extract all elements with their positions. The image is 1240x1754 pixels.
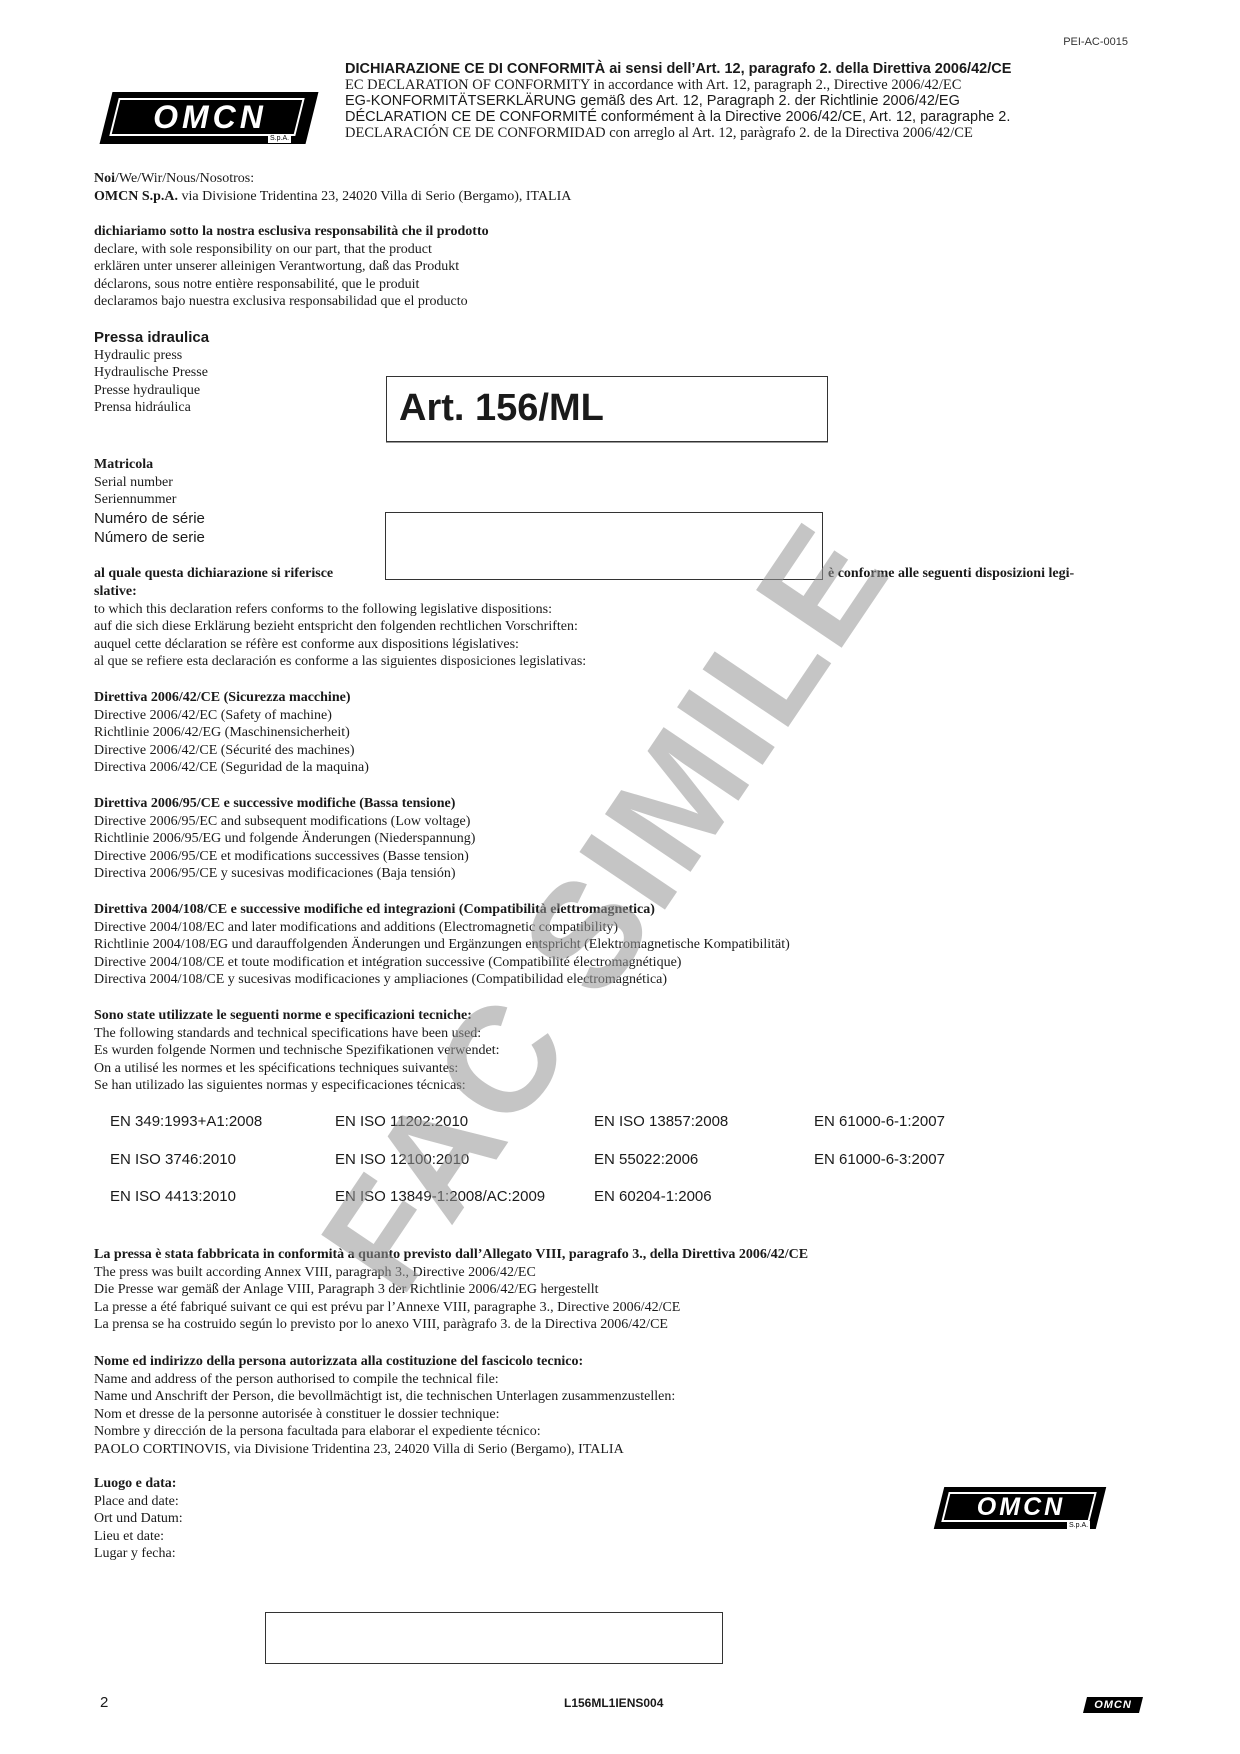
annex-line: Die Presse war gemäß der Anlage VIII, Pa… [94, 1281, 808, 1299]
authorised-person-section: Nome ed indirizzo della persona autorizz… [94, 1353, 675, 1459]
serial-title: Matricola [94, 456, 205, 474]
company-address: via Divisione Tridentina 23, 24020 Villa… [178, 189, 571, 204]
place-date-line: Ort und Datum: [94, 1510, 183, 1528]
serial-section: Matricola Serial number Seriennummer Num… [94, 456, 205, 547]
standard-item: EN ISO 12100:2010 [335, 1151, 469, 1168]
annex-title: La pressa è stata fabbricata in conformi… [94, 1246, 808, 1264]
omcn-logo-footer: OMCN [1083, 1697, 1141, 1713]
we-section: Noi/We/Wir/Nous/Nosotros: OMCN S.p.A. vi… [94, 170, 571, 205]
serial-number-field[interactable] [385, 512, 823, 580]
directive-line: Directive 2006/42/CE (Sécurité des machi… [94, 742, 369, 760]
product-title: Pressa idraulica [94, 329, 209, 347]
header-line-de: EG-KONFORMITÄTSERKLÄRUNG gemäß des Art. … [345, 93, 1145, 109]
refers-line: to which this declaration refers conform… [94, 601, 586, 619]
product-line: Prensa hidráulica [94, 399, 209, 417]
standards-intro-line: The following standards and technical sp… [94, 1025, 499, 1043]
header-line-en: EC DECLARATION OF CONFORMITY in accordan… [345, 77, 1145, 93]
annex-section: La pressa è stata fabbricata in conformi… [94, 1246, 808, 1334]
serial-line: Serial number [94, 474, 205, 492]
standards-row: EN 349:1993+A1:2008 EN ISO 11202:2010 EN… [110, 1113, 990, 1151]
serial-line: Seriennummer [94, 491, 205, 509]
logo-text: OMCN [153, 99, 267, 136]
signature-field[interactable] [265, 1612, 723, 1664]
declare-line: erklären unter unserer alleinigen Verant… [94, 258, 489, 276]
declare-line: declaramos bajo nuestra exclusiva respon… [94, 293, 489, 311]
omcn-logo-stamp: OMCN S.p.A. [935, 1487, 1105, 1529]
directive-low-voltage: Direttiva 2006/95/CE e successive modifi… [94, 795, 475, 883]
place-date-line: Place and date: [94, 1493, 183, 1511]
standard-item: EN ISO 13857:2008 [594, 1113, 728, 1130]
standards-title: Sono state utilizzate le seguenti norme … [94, 1007, 499, 1025]
product-section: Pressa idraulica Hydraulic press Hydraul… [94, 329, 209, 417]
header-line-es: DECLARACIÓN CE DE CONFORMIDAD con arregl… [345, 125, 1145, 141]
standards-intro: Sono state utilizzate le seguenti norme … [94, 1007, 499, 1095]
place-date-section: Luogo e data: Place and date: Ort und Da… [94, 1475, 183, 1563]
place-date-line: Lugar y fecha: [94, 1545, 183, 1563]
refers-line: auquel cette déclaration se réfère est c… [94, 636, 586, 654]
refers-prefix: al quale questa dichiarazione si riferis… [94, 566, 333, 582]
refers-section: slative: to which this declaration refer… [94, 583, 586, 671]
authorised-line: Name and address of the person authorise… [94, 1371, 675, 1389]
we-label-bold: Noi [94, 171, 115, 186]
standard-item: EN ISO 3746:2010 [110, 1151, 236, 1168]
standard-item: EN ISO 13849-1:2008/AC:2009 [335, 1188, 545, 1205]
standards-intro-line: On a utilisé les normes et les spécifica… [94, 1060, 499, 1078]
directive-emc: Direttiva 2004/108/CE e successive modif… [94, 901, 790, 989]
logo-suffix: S.p.A. [1067, 1521, 1090, 1530]
refers-suffix: è conforme alle seguenti disposizioni le… [828, 566, 1074, 582]
annex-line: The press was built according Annex VIII… [94, 1264, 808, 1282]
directive-line: Directive 2006/42/EC (Safety of machine) [94, 707, 369, 725]
serial-line: Número de serie [94, 528, 205, 547]
standards-row: EN ISO 4413:2010 EN ISO 13849-1:2008/AC:… [110, 1188, 990, 1226]
directive-machinery: Direttiva 2006/42/CE (Sicurezza macchine… [94, 689, 369, 777]
logo-text: OMCN [977, 1493, 1065, 1522]
standard-item: EN 55022:2006 [594, 1151, 698, 1168]
company-name: OMCN S.p.A. [94, 189, 178, 204]
article-number: Art. 156/ML [399, 387, 604, 430]
page-number: 2 [100, 1694, 108, 1711]
omcn-logo-header: OMCN S.p.A. [100, 92, 310, 144]
standards-intro-line: Es wurden folgende Normen und technische… [94, 1042, 499, 1060]
standard-item: EN 60204-1:2006 [594, 1188, 712, 1205]
directive-line: Directive 2004/108/CE et toute modificat… [94, 954, 790, 972]
header-line-fr: DÉCLARATION CE DE CONFORMITÉ conformémen… [345, 109, 1145, 125]
directive-line: Directive 2004/108/EC and later modifica… [94, 919, 790, 937]
place-date-title: Luogo e data: [94, 1475, 183, 1493]
refers-line: auf die sich diese Erklärung bezieht ent… [94, 618, 586, 636]
reference-code: PEI-AC-0015 [1063, 36, 1128, 48]
standard-item: EN ISO 4413:2010 [110, 1188, 236, 1205]
directive-line: Directiva 2004/108/CE y sucesivas modifi… [94, 971, 790, 989]
we-label: /We/Wir/Nous/Nosotros: [115, 171, 254, 186]
article-box: Art. 156/ML [386, 376, 828, 442]
standards-row: EN ISO 3746:2010 EN ISO 12100:2010 EN 55… [110, 1151, 990, 1189]
declare-line: déclarons, sous notre entière responsabi… [94, 276, 489, 294]
authorised-line: Name und Anschrift der Person, die bevol… [94, 1388, 675, 1406]
directive-line: Directive 2006/95/EC and subsequent modi… [94, 813, 475, 831]
authorised-title: Nome ed indirizzo della persona autorizz… [94, 1353, 675, 1371]
serial-line: Numéro de série [94, 509, 205, 528]
annex-line: La presse a été fabriqué suivant ce qui … [94, 1299, 808, 1317]
authorised-line: Nombre y dirección de la persona faculta… [94, 1423, 675, 1441]
directive-line: Directive 2006/95/CE et modifications su… [94, 848, 475, 866]
standard-item: EN 349:1993+A1:2008 [110, 1113, 262, 1130]
directive-title: Direttiva 2006/95/CE e successive modifi… [94, 795, 475, 813]
product-line: Hydraulische Presse [94, 364, 209, 382]
directive-title: Direttiva 2004/108/CE e successive modif… [94, 901, 790, 919]
logo-suffix: S.p.A. [268, 134, 291, 143]
refers-line: al que se refiere esta declaración es co… [94, 653, 586, 671]
declare-line: declare, with sole responsibility on our… [94, 241, 489, 259]
directive-line: Richtlinie 2006/95/EG und folgende Änder… [94, 830, 475, 848]
refers-continuation: slative: [94, 583, 586, 601]
logo-text: OMCN [1094, 1699, 1132, 1711]
product-line: Hydraulic press [94, 347, 209, 365]
header-line-it: DICHIARAZIONE CE DI CONFORMITÀ ai sensi … [345, 61, 1145, 77]
declare-title: dichiariamo sotto la nostra esclusiva re… [94, 223, 489, 241]
declaration-title: DICHIARAZIONE CE DI CONFORMITÀ ai sensi … [345, 61, 1145, 141]
directive-title: Direttiva 2006/42/CE (Sicurezza macchine… [94, 689, 369, 707]
standards-list: EN 349:1993+A1:2008 EN ISO 11202:2010 EN… [110, 1113, 990, 1226]
authorised-line: Nom et dresse de la personne autorisée à… [94, 1406, 675, 1424]
directive-line: Directiva 2006/95/CE y sucesivas modific… [94, 865, 475, 883]
directive-line: Richtlinie 2006/42/EG (Maschinensicherhe… [94, 724, 369, 742]
standard-item: EN ISO 11202:2010 [335, 1113, 468, 1130]
authorised-person-address: PAOLO CORTINOVIS, via Divisione Tridenti… [94, 1441, 675, 1459]
standard-item: EN 61000-6-1:2007 [814, 1113, 945, 1130]
directive-line: Directiva 2006/42/CE (Seguridad de la ma… [94, 759, 369, 777]
place-date-line: Lieu et date: [94, 1528, 183, 1546]
product-line: Presse hydraulique [94, 382, 209, 400]
directive-line: Richtlinie 2004/108/EG und darauffolgend… [94, 936, 790, 954]
declare-section: dichiariamo sotto la nostra esclusiva re… [94, 223, 489, 311]
annex-line: La prensa se ha costruido según lo previ… [94, 1316, 808, 1334]
standards-intro-line: Se han utilizado las siguientes normas y… [94, 1077, 499, 1095]
standard-item: EN 61000-6-3:2007 [814, 1151, 945, 1168]
document-code: L156ML1IENS004 [564, 1696, 663, 1710]
